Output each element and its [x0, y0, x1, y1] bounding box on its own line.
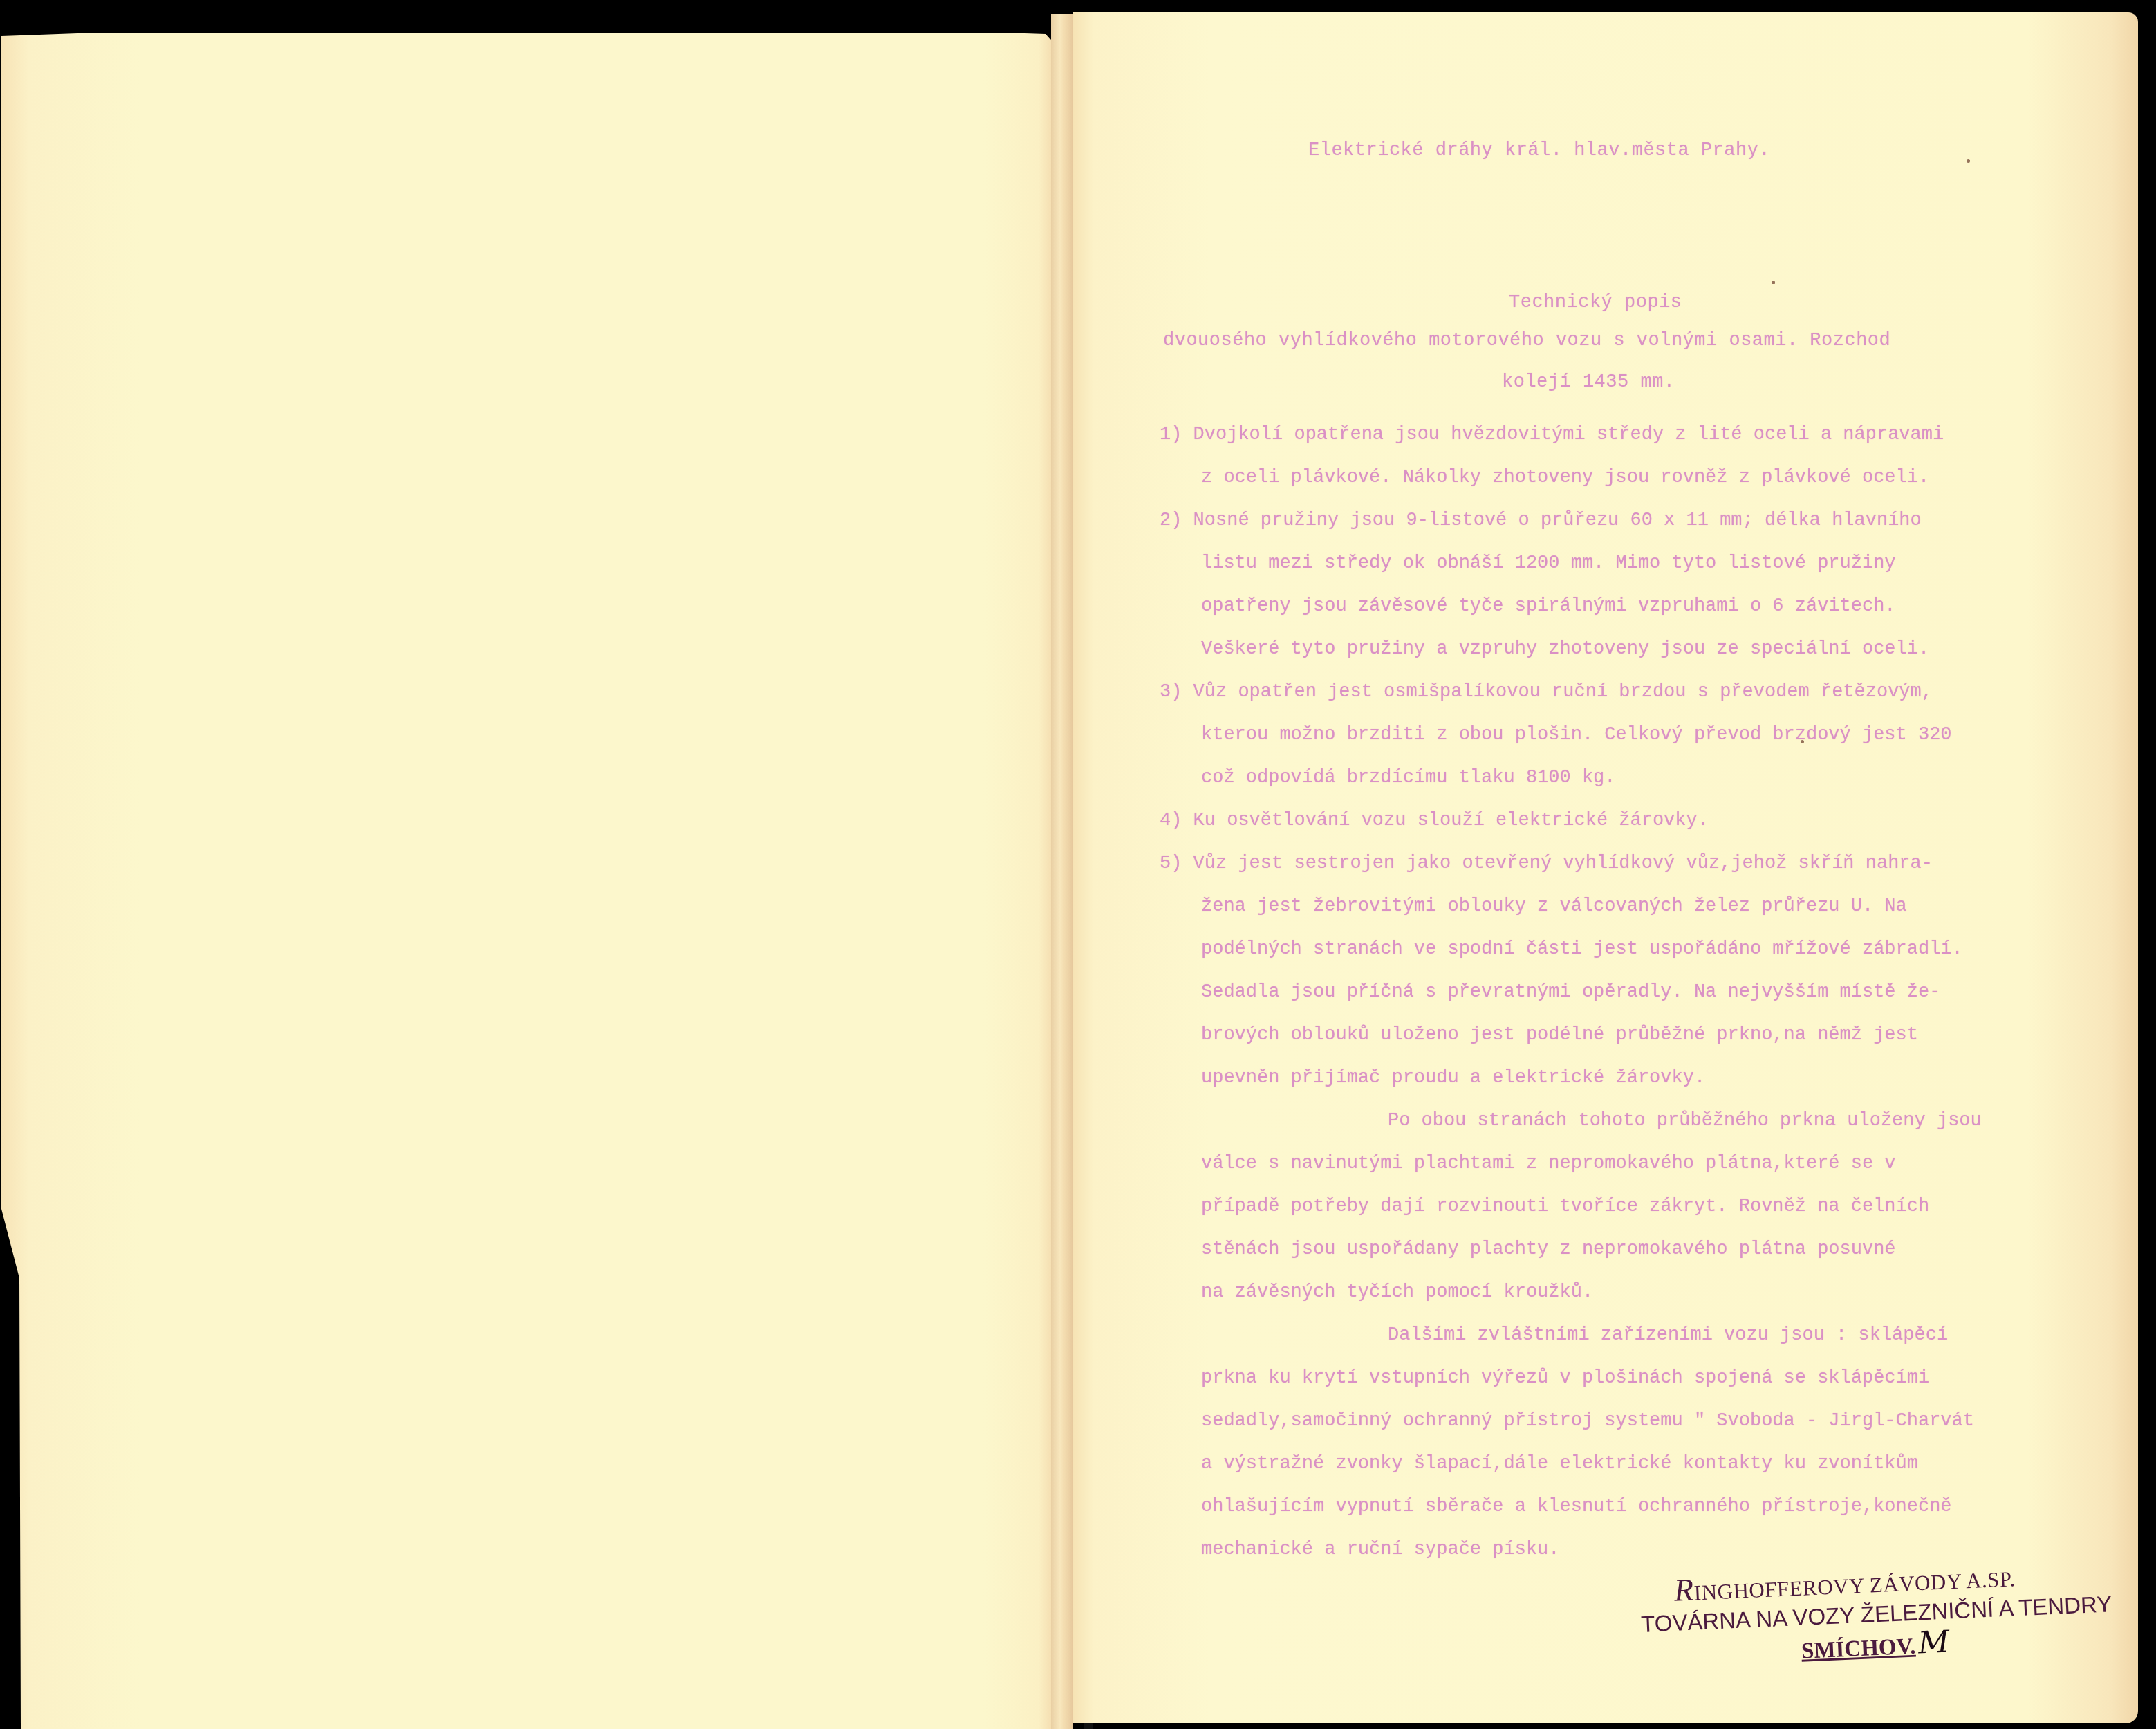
body-text-line: stěnách jsou uspořádany plachty z neprom… — [1160, 1228, 2128, 1271]
body-text-line: brových oblouků uloženo jest podélné prů… — [1160, 1014, 2128, 1057]
document-body: 1) Dvojkolí opatřena jsou hvězdovitými s… — [1160, 414, 2128, 1571]
body-text-line: upevněn přijímač proudu a elektrické žár… — [1160, 1057, 2128, 1100]
body-text-line: sedadly,samočinný ochranný přístroj syst… — [1160, 1400, 2128, 1443]
body-text-line: Dalšími zvláštními zařízeními vozu jsou … — [1160, 1314, 2128, 1357]
body-text-line: prkna ku krytí vstupních výřezů v plošin… — [1160, 1357, 2128, 1400]
book-spine — [1051, 14, 1073, 1729]
right-page-document: Elektrické dráhy král. hlav.města Prahy.… — [1073, 12, 2138, 1723]
company-stamp: RINGHOFFEROVY ZÁVODY A.SP. TOVÁRNA NA VO… — [1639, 1553, 2099, 1673]
numbered-item-line: 1) Dvojkolí opatřena jsou hvězdovitými s… — [1160, 414, 2128, 456]
body-text-line: kterou možno brzditi z obou plošin. Celk… — [1160, 714, 2128, 757]
document-title: Technický popis — [1509, 293, 1682, 313]
body-text-line: a výstražné zvonky šlapací,dále elektric… — [1160, 1443, 2128, 1486]
spine-top-notch — [1014, 12, 1039, 33]
handwritten-signature: M — [1917, 1625, 1950, 1661]
body-text-line: listu mezi středy ok obnáší 1200 mm. Mim… — [1160, 542, 2128, 585]
body-text-line: ohlašujícím vypnutí sběrače a klesnutí o… — [1160, 1486, 2128, 1528]
body-text-line: Sedadla jsou příčná s převratnými opěrad… — [1160, 971, 2128, 1014]
body-text-line: Veškeré tyto pružiny a vzpruhy zhotoveny… — [1160, 628, 2128, 671]
body-text-line: podélných stranách ve spodní části jest … — [1160, 928, 2128, 971]
document-subtitle-line-1: dvouosého vyhlídkového motorového vozu s… — [1163, 331, 1890, 351]
numbered-item-line: 4) Ku osvětlování vozu slouží elektrické… — [1160, 799, 2128, 842]
body-text-line: případě potřeby dají rozvinouti tvoříce … — [1160, 1185, 2128, 1228]
stamp-initial: R — [1673, 1572, 1695, 1608]
body-text-line: žena jest žebrovitými oblouky z válcovan… — [1160, 885, 2128, 928]
document-subtitle-line-2: kolejí 1435 mm. — [1502, 372, 1675, 393]
document-header: Elektrické dráhy král. hlav.města Prahy. — [1308, 140, 1770, 161]
numbered-item-line: 2) Nosné pružiny jsou 9-listové o průřez… — [1160, 499, 2128, 542]
body-text-line: na závěsných tyčích pomocí kroužků. — [1160, 1271, 2128, 1314]
body-text-line: z oceli plávkové. Nákolky zhotoveny jsou… — [1160, 456, 2128, 499]
body-text-line: válce s navinutými plachtami z nepromoka… — [1160, 1143, 2128, 1185]
body-text-line: Po obou stranách tohoto průběžného prkna… — [1160, 1100, 2128, 1143]
ink-speck — [1772, 281, 1775, 284]
ink-speck — [1801, 740, 1804, 743]
left-page-blank — [1, 33, 1051, 1729]
body-text-line: což odpovídá brzdícímu tlaku 8100 kg. — [1160, 757, 2128, 799]
body-text-line: opatřeny jsou závěsové tyče spirálnými v… — [1160, 585, 2128, 628]
ink-speck — [1967, 159, 1970, 163]
numbered-item-line: 3) Vůz opatřen jest osmišpalíkovou ruční… — [1160, 671, 2128, 714]
numbered-item-line: 5) Vůz jest sestrojen jako otevřený vyhl… — [1160, 842, 2128, 885]
